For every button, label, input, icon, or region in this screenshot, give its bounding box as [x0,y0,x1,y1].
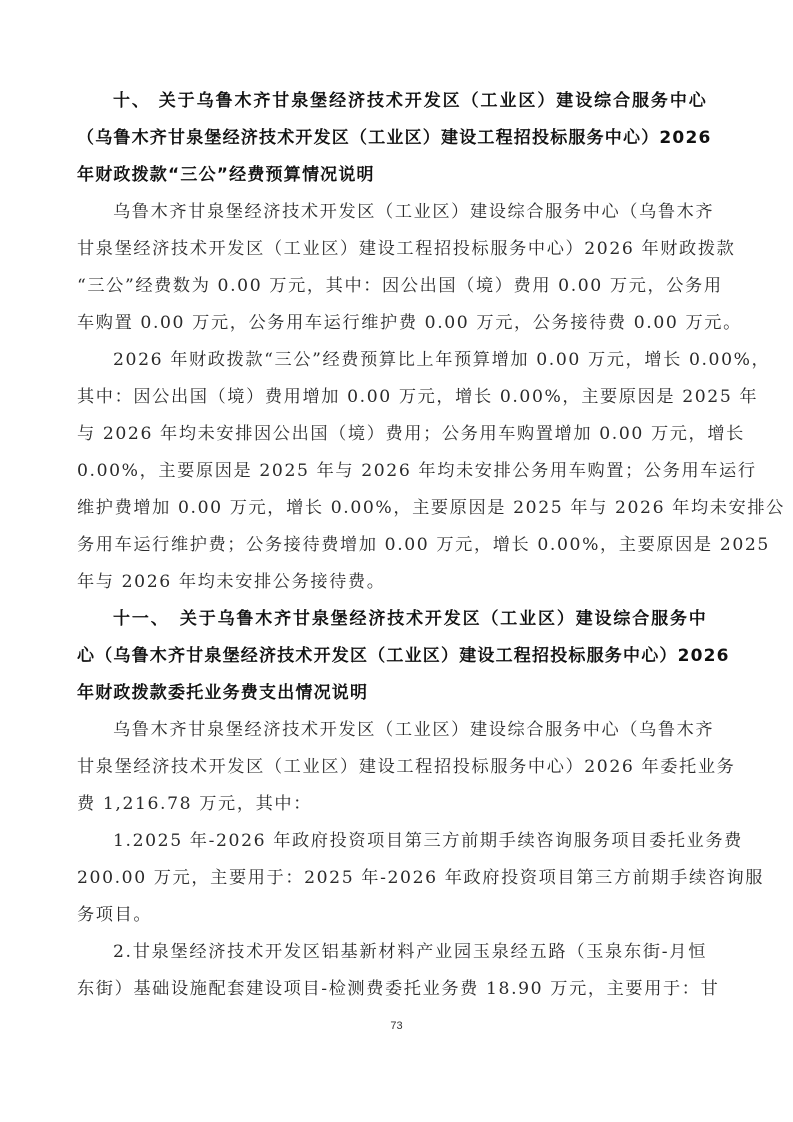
page-content: 十、 关于乌鲁木齐甘泉堡经济技术开发区（工业区）建设综合服务中心 （乌鲁木齐甘泉… [77,83,707,1008]
section-11-heading: 十一、 关于乌鲁木齐甘泉堡经济技术开发区（工业区）建设综合服务中 心（乌鲁木齐甘… [77,601,707,712]
paragraph-line: 费 1,216.78 万元，其中： [77,786,707,823]
page-number: 73 [0,1020,793,1032]
paragraph-line: 2.甘泉堡经济技术开发区铝基新材料产业园玉泉经五路（玉泉东街-月恒 [77,934,707,971]
paragraph-line: 乌鲁木齐甘泉堡经济技术开发区（工业区）建设综合服务中心（乌鲁木齐 [77,712,707,749]
section-11-item-1: 1.2025 年-2026 年政府投资项目第三方前期手续咨询服务项目委托业务费 … [77,823,707,934]
section-11-paragraph-1: 乌鲁木齐甘泉堡经济技术开发区（工业区）建设综合服务中心（乌鲁木齐 甘泉堡经济技术… [77,712,707,823]
paragraph-line: 0.00%，主要原因是 2025 年与 2026 年均未安排公务用车购置；公务用… [77,453,707,490]
paragraph-line: 乌鲁木齐甘泉堡经济技术开发区（工业区）建设综合服务中心（乌鲁木齐 [77,194,707,231]
paragraph-line: 务用车运行维护费；公务接待费增加 0.00 万元，增长 0.00%，主要原因是 … [77,527,707,564]
paragraph-line: 东街）基础设施配套建设项目-检测费委托业务费 18.90 万元，主要用于：甘 [77,971,707,1008]
paragraph-line: 车购置 0.00 万元，公务用车运行维护费 0.00 万元，公务接待费 0.00… [77,305,707,342]
paragraph-line: 务项目。 [77,897,707,934]
paragraph-line: 与 2026 年均未安排因公出国（境）费用；公务用车购置增加 0.00 万元，增… [77,416,707,453]
paragraph-line: 其中：因公出国（境）费用增加 0.00 万元，增长 0.00%，主要原因是 20… [77,379,707,416]
paragraph-line: 2026 年财政拨款“三公”经费预算比上年预算增加 0.00 万元，增长 0.0… [77,342,707,379]
heading-line: （乌鲁木齐甘泉堡经济技术开发区（工业区）建设工程招投标服务中心）2026 [77,120,707,157]
heading-line: 十一、 关于乌鲁木齐甘泉堡经济技术开发区（工业区）建设综合服务中 [77,601,707,638]
paragraph-line: 维护费增加 0.00 万元，增长 0.00%，主要原因是 2025 年与 202… [77,490,707,527]
paragraph-line: 甘泉堡经济技术开发区（工业区）建设工程招投标服务中心）2026 年委托业务 [77,749,707,786]
paragraph-line: 年与 2026 年均未安排公务接待费。 [77,564,707,601]
heading-line: 年财政拨款委托业务费支出情况说明 [77,675,707,712]
section-11-item-2: 2.甘泉堡经济技术开发区铝基新材料产业园玉泉经五路（玉泉东街-月恒 东街）基础设… [77,934,707,1008]
paragraph-line: “三公”经费数为 0.00 万元，其中：因公出国（境）费用 0.00 万元，公务… [77,268,707,305]
paragraph-line: 1.2025 年-2026 年政府投资项目第三方前期手续咨询服务项目委托业务费 [77,823,707,860]
paragraph-line: 200.00 万元，主要用于：2025 年-2026 年政府投资项目第三方前期手… [77,860,707,897]
heading-line: 年财政拨款“三公”经费预算情况说明 [77,157,707,194]
heading-line: 十、 关于乌鲁木齐甘泉堡经济技术开发区（工业区）建设综合服务中心 [77,83,707,120]
document-page: 十、 关于乌鲁木齐甘泉堡经济技术开发区（工业区）建设综合服务中心 （乌鲁木齐甘泉… [0,0,793,1122]
section-10-paragraph-1: 乌鲁木齐甘泉堡经济技术开发区（工业区）建设综合服务中心（乌鲁木齐 甘泉堡经济技术… [77,194,707,342]
section-10-paragraph-2: 2026 年财政拨款“三公”经费预算比上年预算增加 0.00 万元，增长 0.0… [77,342,707,601]
section-10-heading: 十、 关于乌鲁木齐甘泉堡经济技术开发区（工业区）建设综合服务中心 （乌鲁木齐甘泉… [77,83,707,194]
heading-line: 心（乌鲁木齐甘泉堡经济技术开发区（工业区）建设工程招投标服务中心）2026 [77,638,707,675]
paragraph-line: 甘泉堡经济技术开发区（工业区）建设工程招投标服务中心）2026 年财政拨款 [77,231,707,268]
